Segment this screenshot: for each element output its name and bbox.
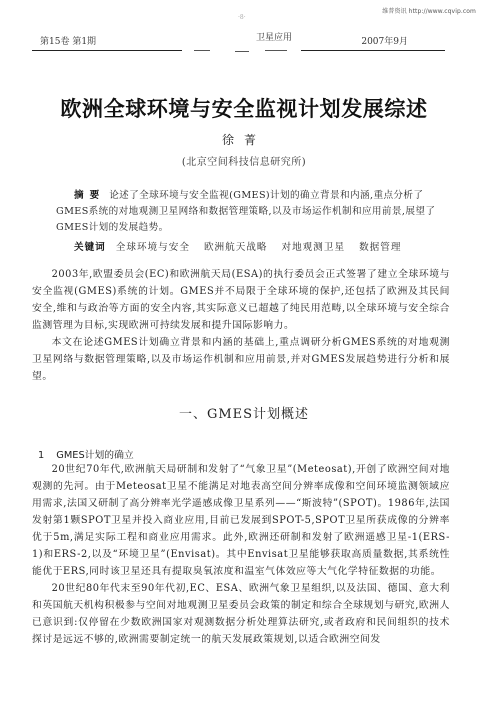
header-rule-right bbox=[301, 50, 445, 51]
subsection-heading: 1GMES计划的确立 bbox=[32, 447, 134, 461]
volume-issue: 第15卷 第1期 bbox=[40, 34, 96, 47]
header-rule-dash bbox=[194, 50, 210, 51]
author: 徐菁 bbox=[0, 131, 488, 148]
subsection-number: 1 bbox=[38, 450, 44, 461]
keywords: 关键词全球环境与安全欧洲航天战略对地观测卫星数据管理 bbox=[56, 240, 436, 256]
journal-name: 卫星应用 bbox=[256, 30, 292, 43]
paragraph: 本文在论述GMES计划确立背景和内涵的基础上,重点调研分析GMES系统的对地观测… bbox=[32, 334, 450, 385]
subsection-title: GMES计划的确立 bbox=[56, 450, 133, 461]
running-header: 第15卷 第1期 卫星应用 2007年9月 bbox=[32, 34, 448, 50]
abstract-label: 摘要 bbox=[74, 190, 105, 201]
page-number-mark: ·8· bbox=[238, 14, 246, 21]
header-rule-dash bbox=[235, 51, 249, 52]
keyword: 欧洲航天战略 bbox=[204, 242, 268, 253]
article-title: 欧洲全球环境与安全监视计划发展综述 bbox=[0, 93, 488, 123]
paragraph: 20世纪80年代末至90年代初,EC、ESA、欧洲气象卫星组织,以及法国、德国、… bbox=[32, 580, 450, 648]
paragraph: 2003年,欧盟委员会(EC)和欧洲航天局(ESA)的执行委员会正式签署了建立全… bbox=[32, 266, 450, 334]
keyword: 数据管理 bbox=[359, 242, 401, 253]
header-rule-left bbox=[32, 50, 182, 51]
keyword: 对地观测卫星 bbox=[282, 242, 346, 253]
section-heading: 一、GMES计划概述 bbox=[0, 403, 488, 422]
publication-date: 2007年9月 bbox=[361, 34, 408, 47]
abstract: 摘要论述了全球环境与安全监视(GMES)计划的确立背景和内涵,重点分析了GMES… bbox=[56, 188, 436, 236]
abstract-text: 论述了全球环境与安全监视(GMES)计划的确立背景和内涵,重点分析了GMES系统… bbox=[56, 190, 435, 233]
keywords-label: 关键词 bbox=[74, 242, 106, 253]
introduction: 2003年,欧盟委员会(EC)和欧洲航天局(ESA)的执行委员会正式签署了建立全… bbox=[32, 266, 450, 385]
watermark: 维普资讯 http://www.cqvip.com bbox=[382, 6, 476, 15]
header-rule-dash bbox=[265, 50, 287, 51]
paragraph: 20世纪70年代,欧洲航天局研制和发射了“气象卫星”(Meteosat),开创了… bbox=[32, 461, 450, 580]
section-body: 20世纪70年代,欧洲航天局研制和发射了“气象卫星”(Meteosat),开创了… bbox=[32, 461, 450, 648]
affiliation: (北京空间科技信息研究所) bbox=[0, 153, 488, 168]
keyword: 全球环境与安全 bbox=[116, 242, 190, 253]
